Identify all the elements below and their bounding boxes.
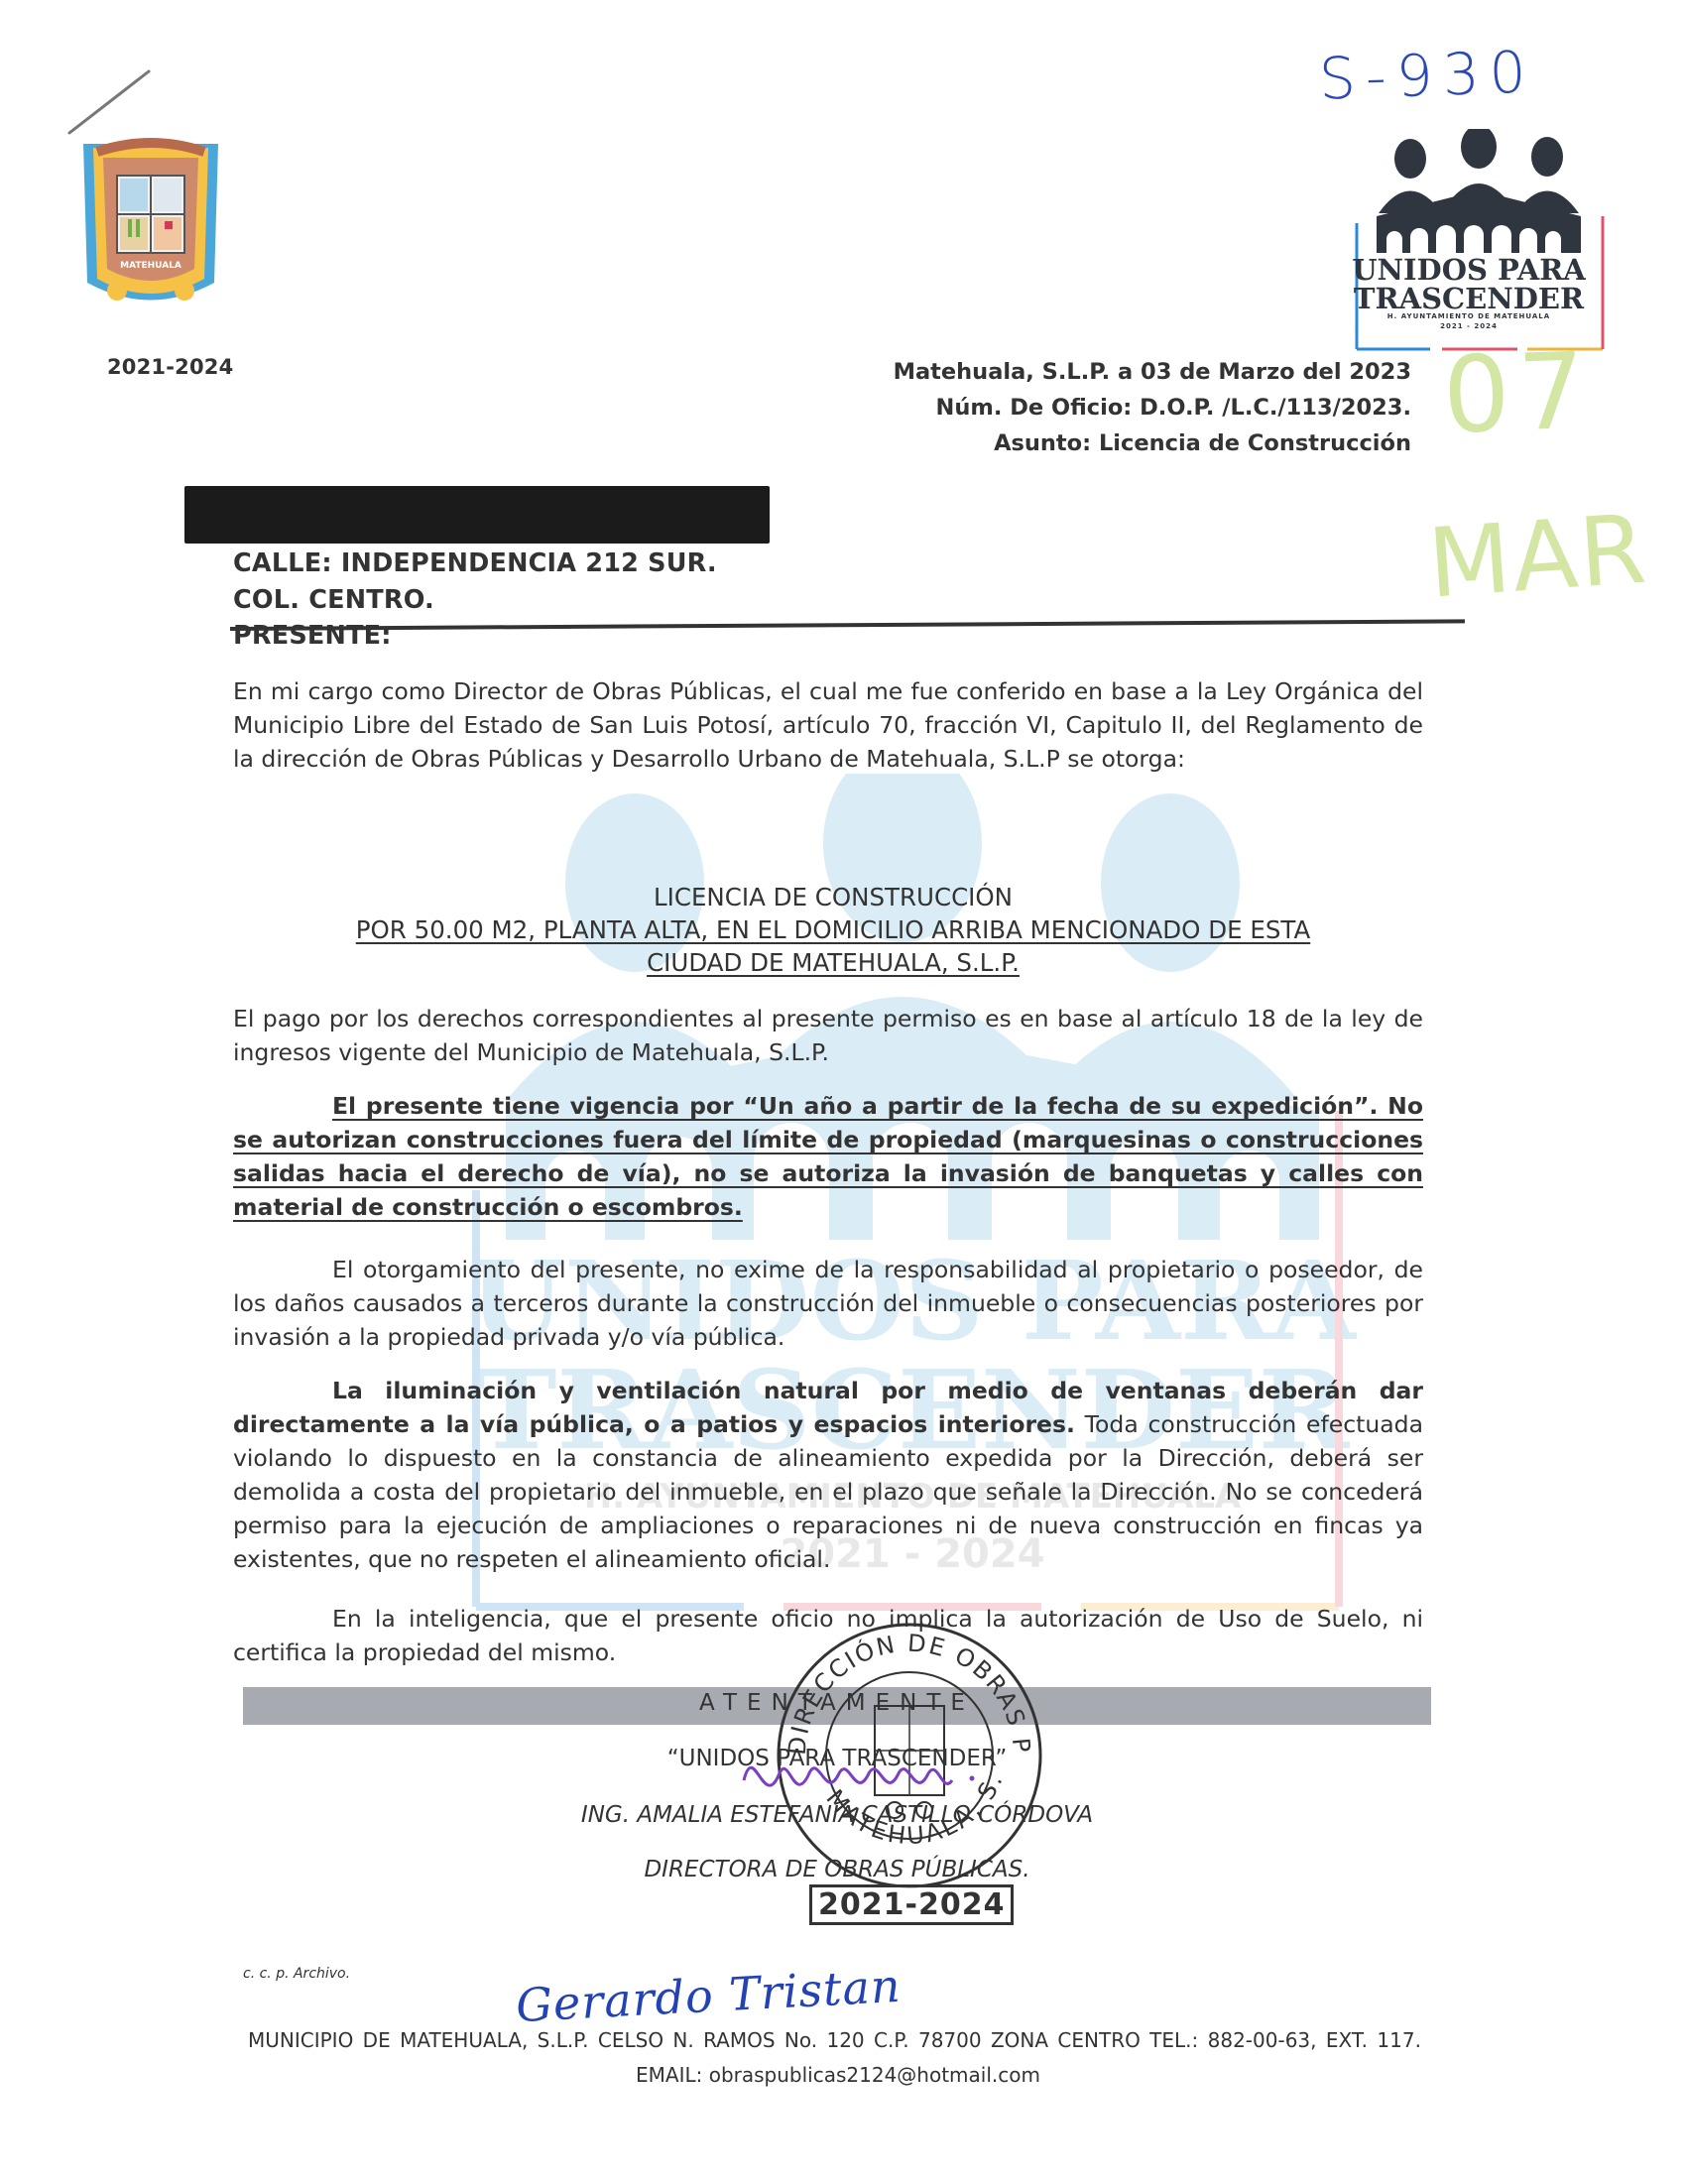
handwritten-reference-number: S-930 xyxy=(1318,38,1537,113)
payment-paragraph: El pago por los derechos correspondiente… xyxy=(233,1002,1423,1069)
license-title: LICENCIA DE CONSTRUCCIÓN xyxy=(228,881,1438,913)
received-month-mark: MAR xyxy=(1424,493,1650,619)
copy-to-archive: c. c. p. Archivo. xyxy=(243,1966,350,1982)
license-detail-line1: POR 50.00 M2, PLANTA ALTA, EN EL DOMICIL… xyxy=(228,913,1438,946)
footer-address: MUNICIPIO DE MATEHUALA, S.L.P. CELSO N. … xyxy=(248,2028,1421,2052)
redacted-recipient-name xyxy=(184,486,770,544)
coat-of-arms-icon: MATEHUALA xyxy=(75,134,226,307)
footer-email: EMAIL: obraspublicas2124@hotmail.com xyxy=(243,2063,1433,2087)
handwritten-signature xyxy=(734,1741,992,1810)
subject-line: Asunto: Licencia de Construcción xyxy=(994,430,1411,456)
recipient-colonia: COL. CENTRO. xyxy=(233,585,434,615)
logo-years: 2021 - 2024 xyxy=(1351,322,1587,330)
logo-title-line2: TRASCENDER xyxy=(1351,285,1587,313)
intro-paragraph: En mi cargo como Director de Obras Públi… xyxy=(233,674,1423,776)
validity-paragraph: El presente tiene vigencia por “Un año a… xyxy=(233,1089,1423,1224)
coat-label: MATEHUALA xyxy=(120,261,181,271)
received-day-mark: 07 xyxy=(1441,329,1595,456)
lighting-paragraph: La iluminación y ventilación natural por… xyxy=(233,1374,1423,1576)
receiver-handwritten-name: Gerardo Tristan xyxy=(515,1959,903,2032)
logo-title-line1: UNIDOS PARA xyxy=(1351,256,1587,285)
place-and-date: Matehuala, S.L.P. a 03 de Marzo del 2023 xyxy=(894,359,1411,385)
logo-title: UNIDOS PARA TRASCENDER xyxy=(1351,256,1587,313)
administration-term: 2021-2024 xyxy=(107,355,233,379)
oficio-number: Núm. De Oficio: D.O.P. /L.C./113/2023. xyxy=(936,395,1411,421)
license-heading: LICENCIA DE CONSTRUCCIÓN POR 50.00 M2, P… xyxy=(228,881,1438,979)
svg-text:DIRECCIÓN DE OBRAS PÚBLICAS: DIRECCIÓN DE OBRAS PÚBLICAS xyxy=(766,1607,1035,1757)
seal-top-text: DIRECCIÓN DE OBRAS PÚBLICAS xyxy=(766,1607,1035,1757)
header-divider xyxy=(230,619,1465,631)
seal-years-box: 2021-2024 xyxy=(809,1884,1014,1925)
recipient-street: CALLE: INDEPENDENCIA 212 SUR. xyxy=(233,548,717,578)
paperclip-mark xyxy=(63,67,155,137)
liability-paragraph: El otorgamiento del presente, no exime d… xyxy=(233,1253,1423,1354)
license-detail-line2: CIUDAD DE MATEHUALA, S.L.P. xyxy=(228,946,1438,979)
logo-subtitle: H. AYUNTAMIENTO DE MATEHUALA xyxy=(1351,312,1587,320)
